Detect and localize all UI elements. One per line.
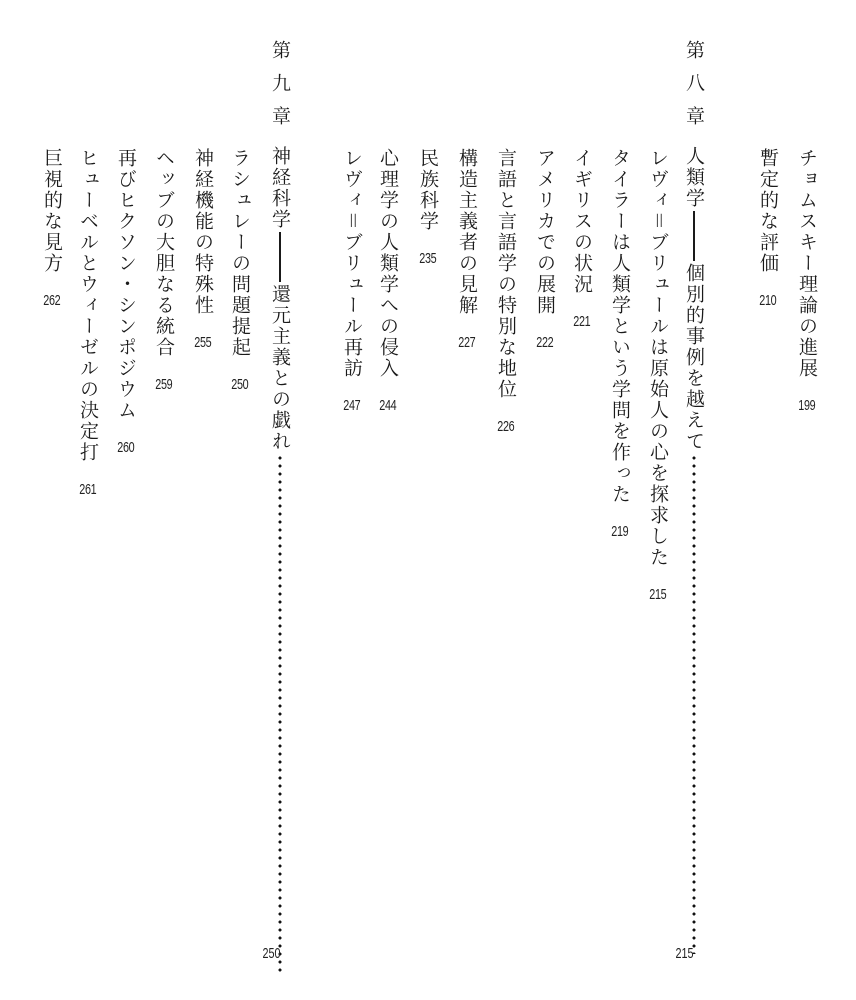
em-dash — [693, 211, 695, 261]
toc-entry-levy-bruhl-revisited: レヴィ＝ブリュール再訪 247 — [340, 148, 364, 414]
page-number: 255 — [195, 334, 212, 351]
section-title: ラシュレーの問題提起 — [228, 148, 252, 358]
chapter-title-main: 人類学 — [682, 146, 706, 209]
page-number: 247 — [344, 397, 361, 414]
toc-entry-language: 言語と言語学の特別な地位 226 — [494, 148, 518, 435]
chapter-8-page-number: 215 — [676, 945, 694, 962]
section-title: ヒューベルとウィーゼルの決定打 — [76, 148, 100, 463]
section-title: 民族科学 — [416, 148, 440, 232]
dot-leader — [278, 454, 282, 974]
chapter-8-heading: 第八章 — [682, 40, 706, 139]
chapter-label: 第八章 — [682, 40, 706, 139]
section-title: タイラーは人類学という学問を作った — [608, 148, 632, 505]
page-number: 244 — [380, 397, 397, 414]
toc-entry-macroscopic-view: 巨視的な見方 262 — [40, 148, 64, 309]
page-number: 235 — [420, 250, 437, 267]
section-title: 言語と言語学の特別な地位 — [494, 148, 518, 400]
section-title: イギリスの状況 — [570, 148, 594, 295]
page-number: 250 — [232, 376, 249, 393]
page-number: 226 — [498, 418, 515, 435]
page-number: 262 — [44, 292, 61, 309]
toc-entry-structuralist: 構造主義者の見解 227 — [455, 148, 479, 351]
chapter-9-page-number: 250 — [263, 945, 281, 962]
chapter-9-title: 神経科学 還元主義との戯れ — [268, 146, 292, 974]
section-title: 再びヒクソン・シンポジウム — [114, 148, 138, 421]
toc-entry-tylor: タイラーは人類学という学問を作った 219 — [608, 148, 632, 540]
page-number: 219 — [612, 523, 629, 540]
page-number: 210 — [760, 292, 777, 309]
toc-entry-hixon-symposium: 再びヒクソン・シンポジウム 260 — [114, 148, 138, 456]
section-title: ヘッブの大胆なる統合 — [152, 148, 176, 358]
toc-entry-hebb: ヘッブの大胆なる統合 259 — [152, 148, 176, 393]
chapter-8-title: 人類学 個別的事例を越えて — [682, 146, 706, 954]
toc-entry-levy-bruhl: レヴィ＝ブリュールは原始人の心を探求した 215 — [646, 148, 670, 603]
toc-entry-hubel-wiesel: ヒューベルとウィーゼルの決定打 261 — [76, 148, 100, 498]
section-title: アメリカでの展開 — [533, 148, 557, 316]
toc-entry-psychology-invasion: 心理学の人類学への侵入 244 — [376, 148, 400, 414]
section-title: レヴィ＝ブリュールは原始人の心を探求した — [646, 148, 670, 568]
toc-entry-britain: イギリスの状況 221 — [570, 148, 594, 330]
toc-entry-america: アメリカでの展開 222 — [533, 148, 557, 351]
page-number: 222 — [537, 334, 554, 351]
page-number: 215 — [650, 586, 667, 603]
chapter-label: 第九章 — [268, 40, 292, 139]
section-title: レヴィ＝ブリュール再訪 — [340, 148, 364, 379]
section-title: 神経機能の特殊性 — [191, 148, 215, 316]
section-title: チョムスキー理論の進展 — [795, 148, 819, 379]
section-title: 巨視的な見方 — [40, 148, 64, 274]
toc-entry-lashley: ラシュレーの問題提起 250 — [228, 148, 252, 393]
section-title: 構造主義者の見解 — [455, 148, 479, 316]
page-number: 227 — [459, 334, 476, 351]
chapter-title-main: 神経科学 — [268, 146, 292, 230]
page-number: 261 — [80, 481, 97, 498]
chapter-9-heading: 第九章 — [268, 40, 292, 139]
page-number: 221 — [574, 313, 591, 330]
page-number: 199 — [799, 397, 816, 414]
toc-entry-chomsky: チョムスキー理論の進展 199 — [795, 148, 819, 414]
toc-entry-provisional-evaluation: 暫定的な評価 210 — [756, 148, 780, 309]
chapter-title-sub: 還元主義との戯れ — [268, 284, 292, 452]
em-dash — [279, 232, 281, 282]
chapter-title-sub: 個別的事例を越えて — [682, 263, 706, 452]
toc-entry-ethnoscience: 民族科学 235 — [416, 148, 440, 267]
section-title: 暫定的な評価 — [756, 148, 780, 274]
section-title: 心理学の人類学への侵入 — [376, 148, 400, 379]
dot-leader — [692, 454, 696, 954]
page-number: 260 — [118, 439, 135, 456]
toc-entry-neural-specificity: 神経機能の特殊性 255 — [191, 148, 215, 351]
page-number: 259 — [156, 376, 173, 393]
